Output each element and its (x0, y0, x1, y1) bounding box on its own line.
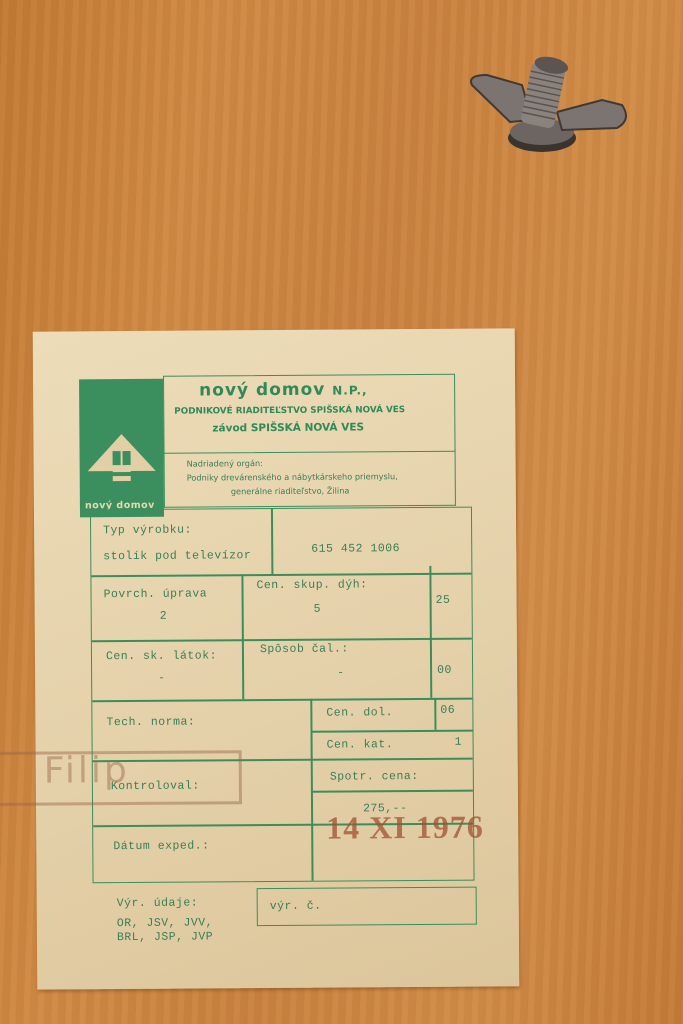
udaje-label: Výr. údaje: (117, 897, 199, 911)
typ-value: stolík pod televízor (103, 549, 251, 563)
spotr-cena-label: Spotr. cena: (330, 770, 419, 784)
authority-line1: Podniky drevárenského a nábytkárskeho pr… (187, 471, 398, 482)
povrch-value: 2 (160, 610, 167, 623)
inspector-stamp: Filip (0, 750, 242, 806)
skup-value: 5 (314, 603, 321, 616)
authority-line2: generálne riaditeľstvo, Žilina (231, 485, 350, 496)
typ-label: Typ výrobku: (103, 524, 192, 538)
skup-label: Cen. skup. dýh: (256, 578, 367, 592)
brand-suffix: N.P., (332, 383, 367, 397)
cen-dol-value: 06 (440, 704, 455, 717)
authority-block: Nadriadený orgán: Podniky drevárenského … (164, 449, 456, 508)
sposob-value: - (337, 667, 344, 680)
logo-block: nový domov (79, 379, 164, 518)
wing-nut-bolt-icon (462, 50, 632, 165)
date-stamp: 14 XI 1976 (326, 809, 484, 847)
brand-text: nový domov (199, 380, 325, 401)
header-line1: PODNIKOVÉ RIADITEĽSTVO SPIŠSKÁ NOVÁ VES (174, 405, 405, 417)
skup-code: 25 (436, 594, 451, 607)
product-label: nový domov nový domov N.P., PODNIKOVÉ RI… (33, 328, 520, 989)
tech-norma-label: Tech. norma: (106, 716, 195, 730)
cen-kat-value: 1 (455, 736, 462, 749)
latok-label: Cen. sk. látok: (106, 649, 217, 663)
vyr-c-label: výr. č. (270, 900, 322, 913)
latok-value: - (158, 672, 165, 685)
sposob-code: 00 (437, 664, 452, 677)
sposob-label: Spôsob čal.: (260, 642, 349, 656)
house-logo-icon (79, 379, 164, 490)
serial-number-box: výr. č. (257, 887, 477, 927)
product-code: 615 452 1006 (311, 542, 400, 556)
authority-title: Nadriadený orgán: (187, 458, 263, 469)
cen-dol-label: Cen. dol. (326, 706, 393, 719)
header-line2: závod SPIŠSKÁ NOVÁ VES (212, 421, 364, 434)
company-header: nový domov N.P., PODNIKOVÉ RIADITEĽSTVO … (163, 374, 456, 454)
inspector-stamp-text: Filip (44, 750, 130, 792)
udaje-line2: BRL, JSP, JVP (117, 930, 213, 944)
cen-kat-label: Cen. kat. (327, 738, 394, 751)
povrch-label: Povrch. úprava (104, 587, 208, 601)
udaje-line1: OR, JSV, JVV, (117, 916, 213, 930)
datum-exped-label: Dátum exped.: (113, 839, 209, 853)
brand-name: nový domov N.P., (199, 379, 368, 400)
